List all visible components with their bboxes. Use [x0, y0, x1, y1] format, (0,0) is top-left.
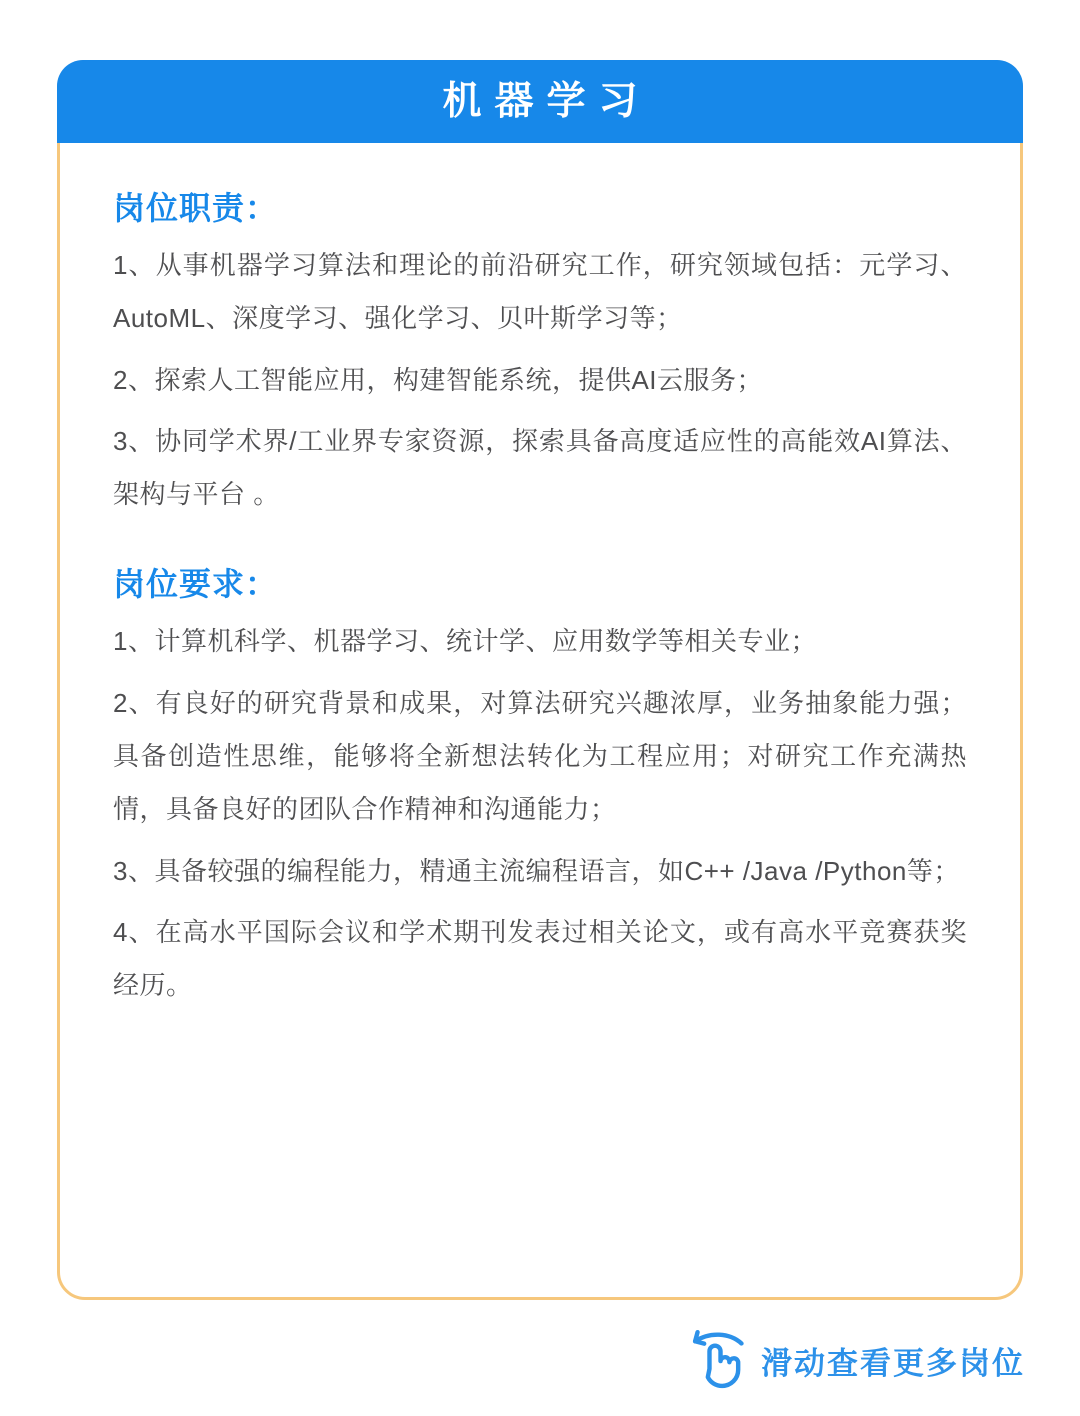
responsibility-item-2: 2、探索人工智能应用，构建智能系统，提供AI云服务；	[113, 354, 967, 407]
responsibility-item-1: 1、从事机器学习算法和理论的前沿研究工作，研究领域包括：元学习、AutoML、深…	[113, 239, 967, 346]
responsibilities-heading: 岗位职责：	[113, 183, 967, 229]
card-body: 岗位职责： 1、从事机器学习算法和理论的前沿研究工作，研究领域包括：元学习、Au…	[60, 143, 1020, 1013]
swipe-hint-text: 滑动查看更多岗位	[761, 1338, 1025, 1383]
requirement-item-4: 4、在高水平国际会议和学术期刊发表过相关论文，或有高水平竞赛获奖经历。	[113, 906, 967, 1013]
job-card: 机器学习 岗位职责： 1、从事机器学习算法和理论的前沿研究工作，研究领域包括：元…	[57, 60, 1023, 1300]
swipe-hint[interactable]: 滑动查看更多岗位	[679, 1328, 1025, 1392]
requirement-item-1: 1、计算机科学、机器学习、统计学、应用数学等相关专业；	[113, 615, 967, 668]
responsibility-item-3: 3、协同学术界/工业界专家资源，探索具备高度适应性的高能效AI算法、架构与平台 …	[113, 415, 967, 522]
requirement-item-2: 2、有良好的研究背景和成果，对算法研究兴趣浓厚，业务抽象能力强；具备创造性思维，…	[113, 677, 967, 837]
requirement-item-3: 3、具备较强的编程能力，精通主流编程语言，如C++ /Java /Python等…	[113, 845, 967, 898]
section-requirements: 岗位要求： 1、计算机科学、机器学习、统计学、应用数学等相关专业； 2、有良好的…	[113, 559, 967, 1012]
requirements-heading: 岗位要求：	[113, 559, 967, 605]
job-title: 机器学习	[429, 82, 650, 121]
card-header: 机器学习	[57, 60, 1023, 143]
swipe-hand-icon	[679, 1328, 751, 1392]
section-responsibilities: 岗位职责： 1、从事机器学习算法和理论的前沿研究工作，研究领域包括：元学习、Au…	[113, 183, 967, 521]
page: 机器学习 岗位职责： 1、从事机器学习算法和理论的前沿研究工作，研究领域包括：元…	[0, 0, 1080, 1416]
